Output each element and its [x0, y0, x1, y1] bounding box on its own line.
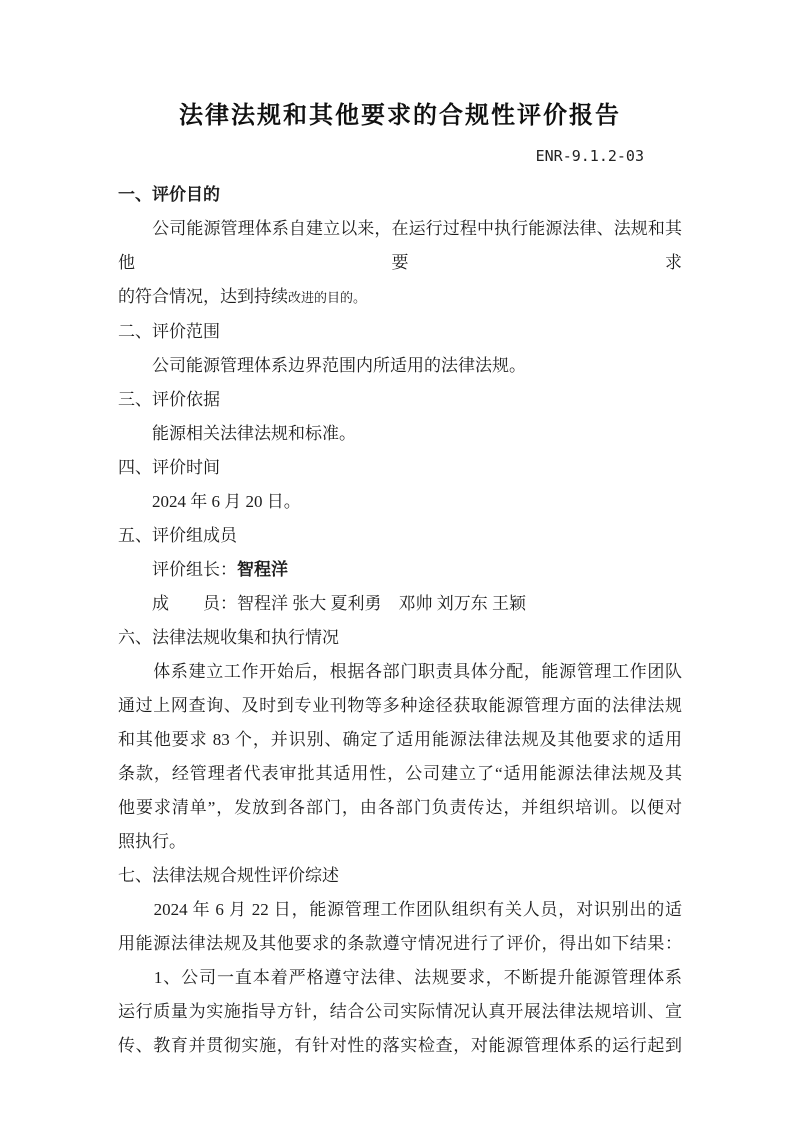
purpose-text-normal: 的符合情况，达到持续 — [118, 287, 288, 306]
text-line: 和其他要求 83 个，并识别、确定了适用能源法律法规及其他要求的适用 — [118, 723, 682, 757]
section-3: 三、评价依据 能源相关法律法规和标准。 — [118, 383, 682, 451]
section-heading: 一、评价目的 — [118, 178, 682, 212]
text-line: 传、教育并贯彻实施，有针对性的落实检查，对能源管理体系的运行起到 — [118, 1029, 682, 1063]
section-7: 七、法律法规合规性评价综述 2024 年 6 月 22 日，能源管理工作团队组织… — [118, 859, 682, 1063]
text-line: 能源相关法律法规和标准。 — [118, 417, 682, 451]
member-label: 成 员： — [118, 594, 237, 613]
text-line: 公司能源管理体系边界范围内所适用的法律法规。 — [118, 349, 682, 383]
section-5: 五、评价组成员 评价组长：智程洋 成 员：智程洋 张大 夏利勇 邓帅 刘万东 王… — [118, 519, 682, 621]
text-line: 1、公司一直本着严格遵守法律、法规要求，不断提升能源管理体系 — [118, 961, 682, 995]
purpose-text-small: 改进的目的。 — [288, 290, 366, 305]
doc-number: ENR-9.1.2-03 — [118, 144, 682, 168]
document-page: 法律法规和其他要求的合规性评价报告 ENR-9.1.2-03 一、评价目的 公司… — [0, 0, 800, 1130]
text-line: 照执行。 — [118, 825, 682, 859]
text-line: 运行质量为实施指导方针，结合公司实际情况认真开展法律法规培训、宣 — [118, 995, 682, 1029]
report-body: 一、评价目的 公司能源管理体系自建立以来，在运行过程中执行能源法律、法规和其他要… — [118, 178, 682, 1063]
paragraph: 2024 年 6 月 22 日，能源管理工作团队组织有关人员，对识别出的适用能源… — [118, 893, 682, 1063]
leader-label: 评价组长： — [118, 560, 237, 579]
section-6: 六、法律法规收集和执行情况 体系建立工作开始后，根据各部门职责具体分配，能源管理… — [118, 621, 682, 859]
section-heading: 四、评价时间 — [118, 451, 682, 485]
member-names: 智程洋 张大 夏利勇 邓帅 刘万东 王颖 — [237, 594, 526, 613]
text-line: 他要求清单”，发放到各部门，由各部门负责传达，并组织培训。以便对 — [118, 791, 682, 825]
text-line: 体系建立工作开始后，根据各部门职责具体分配，能源管理工作团队 — [118, 655, 682, 689]
text-line: 2024 年 6 月 20 日。 — [118, 485, 682, 519]
purpose-line: 的符合情况，达到持续改进的目的。 — [118, 280, 682, 315]
text-line: 条款，经管理者代表审批其适用性，公司建立了“适用能源法律法规及其 — [118, 757, 682, 791]
section-heading: 二、评价范围 — [118, 315, 682, 349]
leader-name: 智程洋 — [237, 560, 288, 579]
report-title: 法律法规和其他要求的合规性评价报告 — [118, 96, 682, 136]
section-heading: 六、法律法规收集和执行情况 — [118, 621, 682, 655]
paragraph: 体系建立工作开始后，根据各部门职责具体分配，能源管理工作团队通过上网查询、及时到… — [118, 655, 682, 859]
section-1: 一、评价目的 公司能源管理体系自建立以来，在运行过程中执行能源法律、法规和其他要… — [118, 178, 682, 315]
section-heading: 五、评价组成员 — [118, 519, 682, 553]
leader-line: 评价组长：智程洋 — [118, 553, 682, 587]
text-line: 通过上网查询、及时到专业刊物等多种途径获取能源管理方面的法律法规 — [118, 689, 682, 723]
section-2: 二、评价范围 公司能源管理体系边界范围内所适用的法律法规。 — [118, 315, 682, 383]
text-line: 2024 年 6 月 22 日，能源管理工作团队组织有关人员，对识别出的适 — [118, 893, 682, 927]
text-line: 用能源法律法规及其他要求的条款遵守情况进行了评价，得出如下结果： — [118, 927, 682, 961]
section-4: 四、评价时间 2024 年 6 月 20 日。 — [118, 451, 682, 519]
section-heading: 七、法律法规合规性评价综述 — [118, 859, 682, 893]
section-heading: 三、评价依据 — [118, 383, 682, 417]
text-line: 公司能源管理体系自建立以来，在运行过程中执行能源法律、法规和其他要求 — [118, 212, 682, 280]
member-line: 成 员：智程洋 张大 夏利勇 邓帅 刘万东 王颖 — [118, 587, 682, 621]
